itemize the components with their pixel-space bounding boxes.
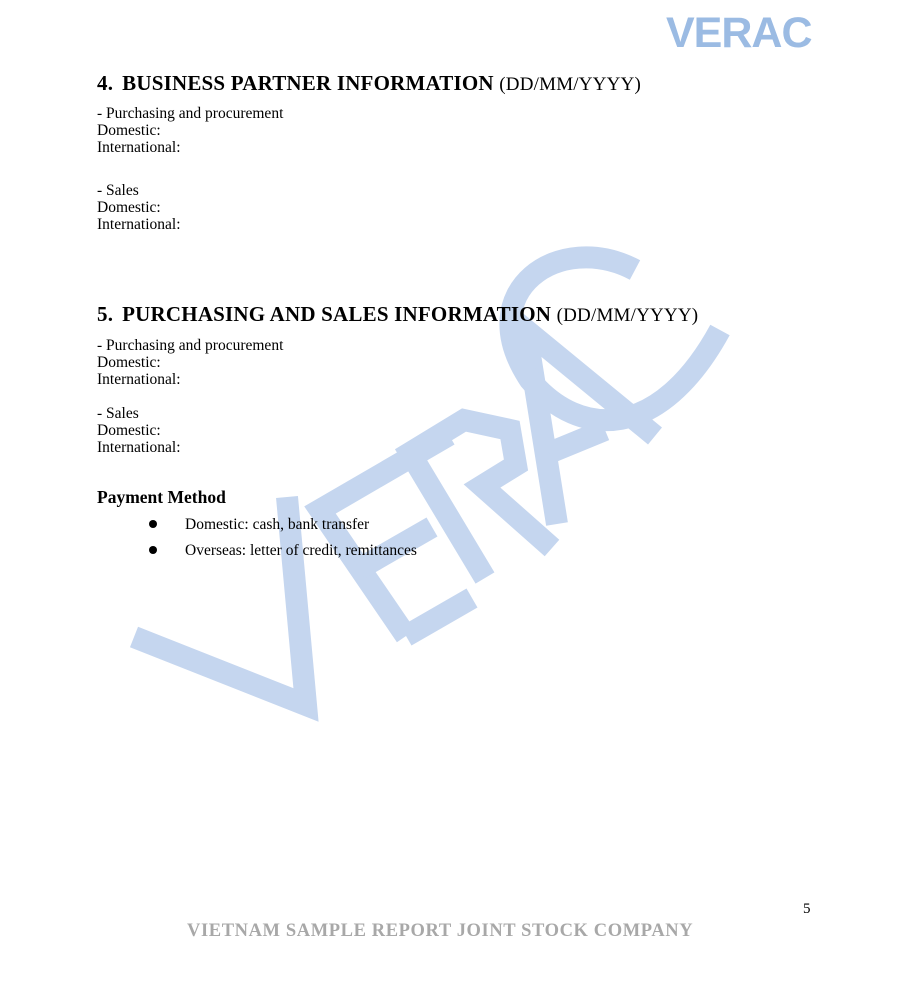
section-5-heading: 5.PURCHASING AND SALES INFORMATION (DD/M… (97, 302, 698, 327)
footer-company-name: VIETNAM SAMPLE REPORT JOINT STOCK COMPAN… (187, 921, 693, 942)
payment-item: Overseas: letter of credit, remittances (149, 542, 417, 560)
section-4-purchasing: - Purchasing and procurement Domestic: I… (97, 105, 283, 156)
section-5-sales: - Sales Domestic: International: (97, 405, 181, 456)
payment-item: Domestic: cash, bank transfer (149, 516, 369, 534)
bullet-icon (149, 520, 157, 528)
payment-method-heading: Payment Method (97, 487, 226, 508)
section-5-purchasing: - Purchasing and procurement Domestic: I… (97, 337, 283, 388)
bullet-icon (149, 546, 157, 554)
verac-logo: VERAC (666, 12, 812, 55)
section-4-sales: - Sales Domestic: International: (97, 182, 181, 233)
page-number: 5 (803, 901, 811, 918)
section-4-heading: 4.BUSINESS PARTNER INFORMATION (DD/MM/YY… (97, 71, 641, 96)
